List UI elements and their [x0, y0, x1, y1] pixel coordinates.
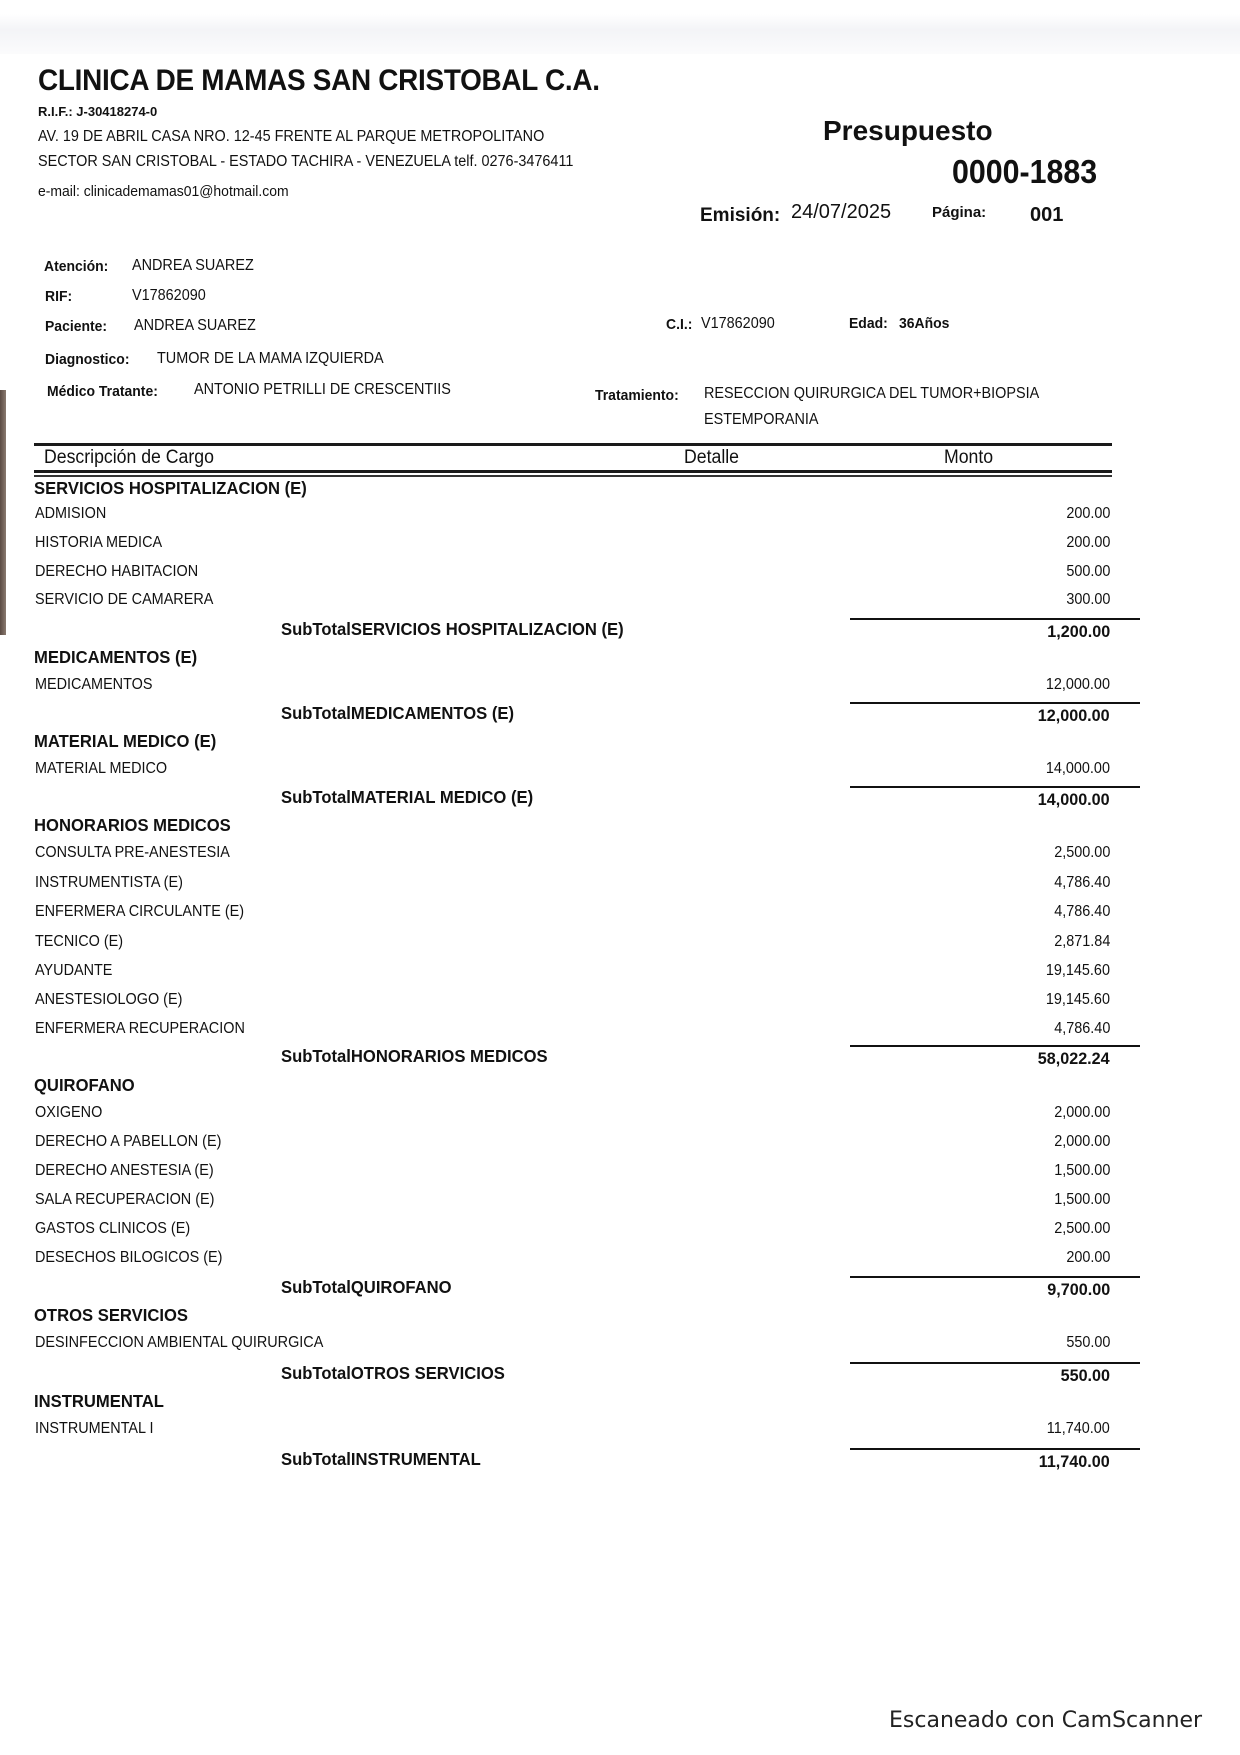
subtotal-rule	[850, 1276, 1140, 1278]
charge-description: DERECHO A PABELLON (E)	[35, 1133, 221, 1151]
section-heading: MEDICAMENTOS (E)	[34, 647, 197, 668]
section-heading: HONORARIOS MEDICOS	[34, 815, 231, 836]
charge-amount: 500.00	[1066, 563, 1110, 581]
subtotal-rule	[850, 1362, 1140, 1364]
charge-description: ENFERMERA RECUPERACION	[35, 1020, 245, 1038]
company-rif: R.I.F.: J-30418274-0	[38, 104, 157, 119]
subtotal-label: SubTotalOTROS SERVICIOS	[281, 1363, 505, 1384]
charge-description: INSTRUMENTAL I	[35, 1420, 154, 1438]
paciente-label: Paciente:	[45, 318, 107, 335]
medico-value: ANTONIO PETRILLI DE CRESCENTIIS	[194, 381, 451, 399]
column-header-monto: Monto	[944, 447, 993, 469]
pagina-label: Página:	[932, 204, 986, 221]
charge-amount: 200.00	[1066, 505, 1110, 523]
charge-description: DERECHO ANESTESIA (E)	[35, 1162, 214, 1180]
charge-description: ENFERMERA CIRCULANTE (E)	[35, 903, 244, 921]
charge-description: CONSULTA PRE-ANESTESIA	[35, 844, 230, 862]
charge-amount: 11,740.00	[1047, 1420, 1110, 1438]
charge-description: OXIGENO	[35, 1104, 102, 1122]
charge-amount: 2,871.84	[1054, 933, 1110, 951]
charge-description: INSTRUMENTISTA (E)	[35, 874, 183, 892]
table-top-rule	[34, 443, 1112, 446]
charge-amount: 200.00	[1066, 534, 1110, 552]
section-heading: QUIROFANO	[34, 1075, 135, 1096]
charge-description: ADMISION	[35, 505, 106, 523]
rif-label: RIF:	[45, 288, 72, 305]
subtotal-rule	[850, 618, 1140, 620]
subtotal-amount: 14,000.00	[1038, 790, 1110, 810]
rif-value: V17862090	[132, 287, 206, 305]
charge-amount: 2,000.00	[1054, 1104, 1110, 1122]
subtotal-amount: 550.00	[1061, 1366, 1110, 1386]
company-email: e-mail: clinicademamas01@hotmail.com	[38, 183, 289, 200]
medico-label: Médico Tratante:	[47, 383, 158, 400]
ci-value: V17862090	[701, 315, 775, 333]
charge-amount: 550.00	[1066, 1334, 1110, 1352]
company-address-line2: SECTOR SAN CRISTOBAL - ESTADO TACHIRA - …	[38, 153, 573, 171]
charge-description: SERVICIO DE CAMARERA	[35, 591, 213, 609]
section-heading: MATERIAL MEDICO (E)	[34, 731, 216, 752]
charge-amount: 19,145.60	[1046, 991, 1110, 1009]
charge-description: ANESTESIOLOGO (E)	[35, 991, 182, 1009]
charge-description: MEDICAMENTOS	[35, 676, 152, 694]
column-header-descripcion: Descripción de Cargo	[44, 447, 214, 469]
company-address-line1: AV. 19 DE ABRIL CASA NRO. 12-45 FRENTE A…	[38, 128, 544, 146]
section-heading: OTROS SERVICIOS	[34, 1305, 188, 1326]
charge-description: DERECHO HABITACION	[35, 563, 198, 581]
diagnostico-value: TUMOR DE LA MAMA IZQUIERDA	[157, 350, 384, 368]
charge-amount: 12,000.00	[1046, 676, 1110, 694]
tratamiento-value-line2: ESTEMPORANIA	[704, 411, 819, 429]
tratamiento-label: Tratamiento:	[595, 387, 679, 404]
charge-description: DESINFECCION AMBIENTAL QUIRURGICA	[35, 1334, 323, 1352]
subtotal-amount: 9,700.00	[1047, 1280, 1110, 1300]
subtotal-amount: 1,200.00	[1047, 622, 1110, 642]
section-heading: SERVICIOS HOSPITALIZACION (E)	[34, 478, 307, 499]
subtotal-rule	[850, 1448, 1140, 1450]
subtotal-label: SubTotalQUIROFANO	[281, 1277, 452, 1298]
pagina-number: 001	[1030, 204, 1063, 227]
charge-amount: 4,786.40	[1054, 874, 1110, 892]
subtotal-label: SubTotalMEDICAMENTOS (E)	[281, 703, 514, 724]
subtotal-amount: 11,740.00	[1039, 1452, 1110, 1472]
charge-amount: 2,500.00	[1054, 1220, 1110, 1238]
subtotal-label: SubTotalMATERIAL MEDICO (E)	[281, 787, 533, 808]
atencion-label: Atención:	[44, 258, 108, 275]
charge-amount: 300.00	[1066, 591, 1110, 609]
table-header-rule-thin	[34, 475, 1112, 477]
charge-description: SALA RECUPERACION (E)	[35, 1191, 214, 1209]
document-number: 0000-1883	[952, 153, 1097, 191]
subtotal-rule	[850, 1045, 1140, 1047]
scanner-watermark: Escaneado con CamScanner	[889, 1708, 1202, 1733]
ci-label: C.I.:	[666, 316, 692, 333]
subtotal-label: SubTotalHONORARIOS MEDICOS	[281, 1046, 548, 1067]
section-heading: INSTRUMENTAL	[34, 1391, 164, 1412]
charge-amount: 1,500.00	[1054, 1191, 1110, 1209]
emision-date: 24/07/2025	[791, 201, 891, 224]
charge-amount: 4,786.40	[1054, 903, 1110, 921]
charge-amount: 1,500.00	[1054, 1162, 1110, 1180]
subtotal-label: SubTotalINSTRUMENTAL	[281, 1449, 481, 1470]
charge-amount: 19,145.60	[1046, 962, 1110, 980]
charge-amount: 2,500.00	[1054, 844, 1110, 862]
charge-description: DESECHOS BILOGICOS (E)	[35, 1249, 222, 1267]
charge-description: TECNICO (E)	[35, 933, 123, 951]
subtotal-amount: 58,022.24	[1038, 1049, 1110, 1069]
charge-description: GASTOS CLINICOS (E)	[35, 1220, 190, 1238]
column-header-detalle: Detalle	[684, 447, 739, 469]
subtotal-label: SubTotalSERVICIOS HOSPITALIZACION (E)	[281, 619, 624, 640]
edad-label: Edad:	[849, 315, 888, 332]
charge-amount: 200.00	[1066, 1249, 1110, 1267]
document-title: Presupuesto	[823, 115, 993, 147]
charge-description: AYUDANTE	[35, 962, 112, 980]
diagnostico-label: Diagnostico:	[45, 351, 129, 368]
tratamiento-value-line1: RESECCION QUIRURGICA DEL TUMOR+BIOPSIA	[704, 385, 1039, 403]
charge-description: MATERIAL MEDICO	[35, 760, 167, 778]
table-header-rule	[34, 470, 1112, 473]
atencion-value: ANDREA SUAREZ	[132, 257, 254, 275]
subtotal-amount: 12,000.00	[1038, 706, 1110, 726]
charge-amount: 4,786.40	[1054, 1020, 1110, 1038]
charge-amount: 14,000.00	[1046, 760, 1110, 778]
company-name: CLINICA DE MAMAS SAN CRISTOBAL C.A.	[38, 64, 600, 98]
emision-label: Emisión:	[700, 205, 780, 227]
paciente-value: ANDREA SUAREZ	[134, 317, 256, 335]
charge-description: HISTORIA MEDICA	[35, 534, 162, 552]
charge-amount: 2,000.00	[1054, 1133, 1110, 1151]
subtotal-rule	[850, 702, 1140, 704]
edad-value: 36Años	[899, 315, 949, 332]
budget-document: CLINICA DE MAMAS SAN CRISTOBAL C.A. R.I.…	[0, 0, 1240, 1755]
subtotal-rule	[850, 786, 1140, 788]
